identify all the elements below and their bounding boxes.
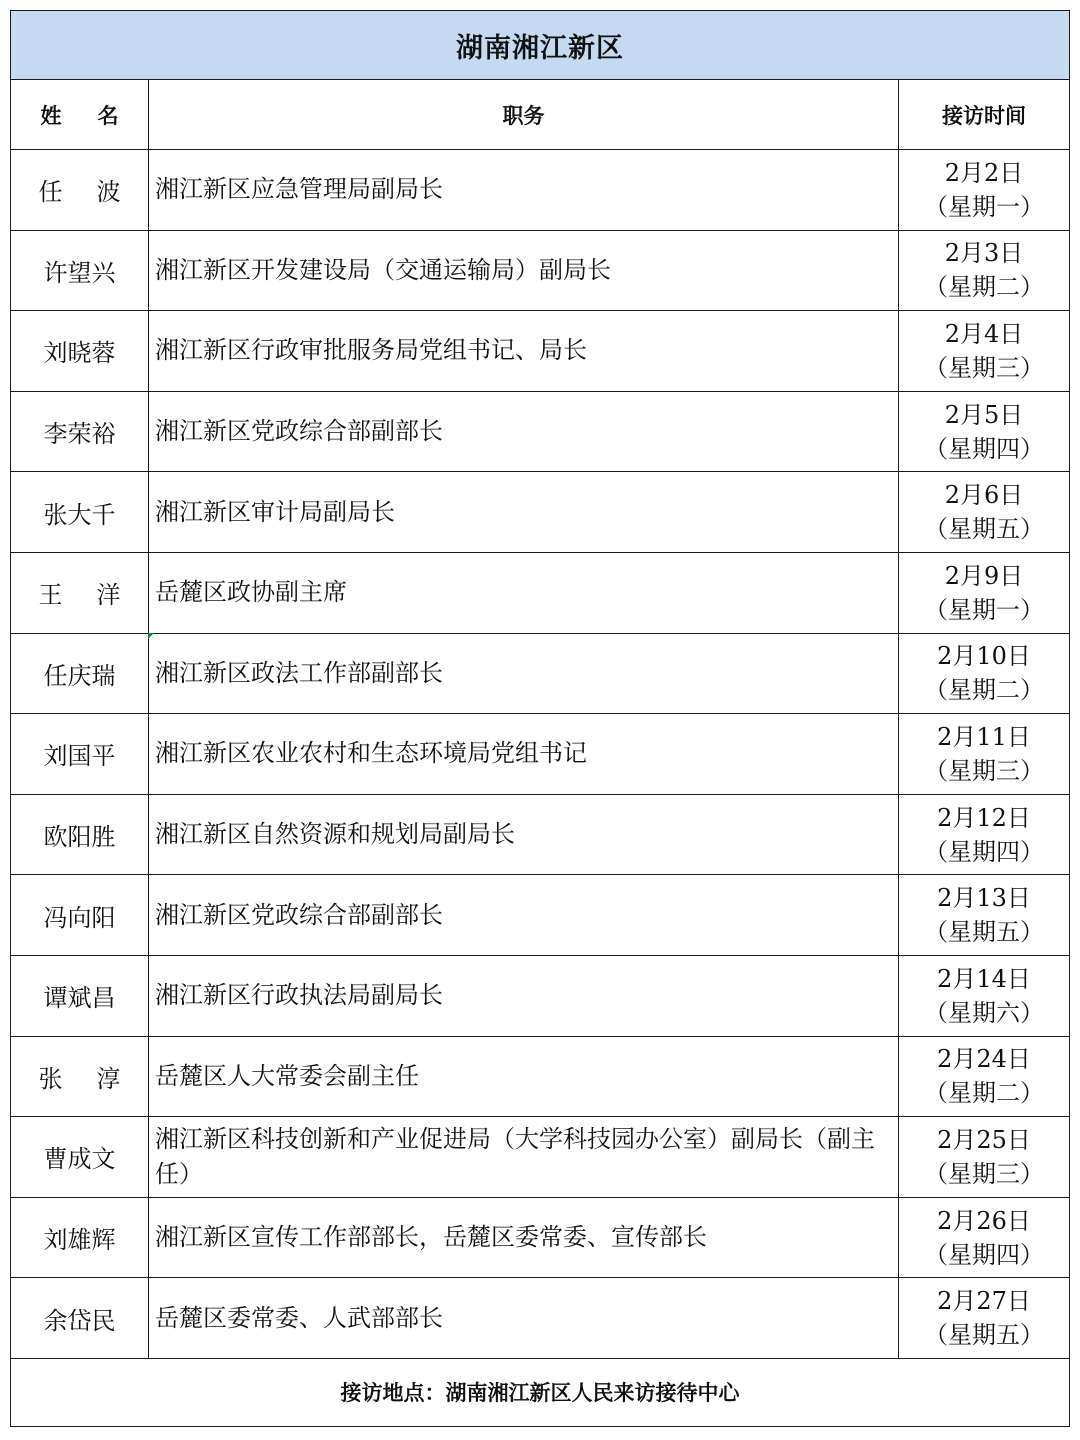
name-char: 任 bbox=[39, 172, 63, 207]
weekday-text: （星期三） bbox=[899, 1157, 1069, 1191]
weekday-text: （星期一） bbox=[899, 190, 1069, 224]
date-cell[interactable]: 2月11日（星期三） bbox=[899, 714, 1070, 795]
date-cell[interactable]: 2月4日（星期三） bbox=[899, 311, 1070, 392]
duty-cell[interactable]: 湘江新区党政综合部副部长 bbox=[149, 391, 899, 472]
date-cell[interactable]: 2月24日（星期二） bbox=[899, 1036, 1070, 1117]
duty-cell[interactable]: 岳麓区委常委、人武部部长 bbox=[149, 1278, 899, 1359]
duty-cell[interactable]: 岳麓区政协副主席 bbox=[149, 552, 899, 633]
name-cell[interactable]: 任庆瑞 bbox=[11, 633, 149, 714]
table-row: 刘雄辉 湘江新区宣传工作部部长，岳麓区委常委、宣传部长 2月26日（星期四） bbox=[11, 1197, 1070, 1278]
date-cell[interactable]: 2月9日（星期一） bbox=[899, 552, 1070, 633]
duty-cell[interactable]: 湘江新区科技创新和产业促进局（大学科技园办公室）副局长（副主任） bbox=[149, 1117, 899, 1198]
weekday-text: （星期四） bbox=[899, 432, 1069, 466]
date-text: 2月12日 bbox=[899, 801, 1069, 835]
table-row: 谭斌昌 湘江新区行政执法局副局长 2月14日（星期六） bbox=[11, 955, 1070, 1036]
table-row: 任庆瑞 湘江新区政法工作部副部长 2月10日（星期二） bbox=[11, 633, 1070, 714]
table-title[interactable]: 湖南湘江新区 bbox=[11, 11, 1070, 80]
table-row: 刘国平 湘江新区农业农村和生态环境局党组书记 2月11日（星期三） bbox=[11, 714, 1070, 795]
date-text: 2月10日 bbox=[899, 639, 1069, 673]
name-char: 张 bbox=[39, 1059, 63, 1094]
name-char: 波 bbox=[97, 172, 121, 207]
date-text: 2月13日 bbox=[899, 881, 1069, 915]
weekday-text: （星期三） bbox=[899, 351, 1069, 385]
name-cell[interactable]: 王洋 bbox=[11, 552, 149, 633]
table-row: 刘晓蓉 湘江新区行政审批服务局党组书记、局长 2月4日（星期三） bbox=[11, 311, 1070, 392]
table-row: 冯向阳 湘江新区党政综合部副部长 2月13日（星期五） bbox=[11, 875, 1070, 956]
date-text: 2月5日 bbox=[899, 398, 1069, 432]
table-row: 欧阳胜 湘江新区自然资源和规划局副局长 2月12日（星期四） bbox=[11, 794, 1070, 875]
name-cell[interactable]: 欧阳胜 bbox=[11, 794, 149, 875]
date-text: 2月24日 bbox=[899, 1042, 1069, 1076]
date-cell[interactable]: 2月3日（星期二） bbox=[899, 230, 1070, 311]
duty-text: 湘江新区政法工作部副部长 bbox=[155, 659, 443, 687]
weekday-text: （星期五） bbox=[899, 915, 1069, 949]
table-row: 许望兴 湘江新区开发建设局（交通运输局）副局长 2月3日（星期二） bbox=[11, 230, 1070, 311]
duty-cell[interactable]: 湘江新区应急管理局副局长 bbox=[149, 150, 899, 231]
date-text: 2月2日 bbox=[899, 156, 1069, 190]
column-header-name[interactable]: 姓名 bbox=[11, 80, 149, 150]
date-text: 2月25日 bbox=[899, 1123, 1069, 1157]
date-cell[interactable]: 2月2日（星期一） bbox=[899, 150, 1070, 231]
weekday-text: （星期五） bbox=[899, 512, 1069, 546]
date-cell[interactable]: 2月25日（星期三） bbox=[899, 1117, 1070, 1198]
weekday-text: （星期六） bbox=[899, 996, 1069, 1030]
name-char: 王 bbox=[39, 575, 63, 610]
date-text: 2月6日 bbox=[899, 478, 1069, 512]
table-row: 李荣裕 湘江新区党政综合部副部长 2月5日（星期四） bbox=[11, 391, 1070, 472]
visit-schedule-table: 湖南湘江新区 姓名 职务 接访时间 任波 湘江新区应急管理局副局长 2月2日（星… bbox=[10, 10, 1070, 1427]
name-char: 洋 bbox=[97, 575, 121, 610]
date-text: 2月27日 bbox=[899, 1284, 1069, 1318]
name-cell[interactable]: 余岱民 bbox=[11, 1278, 149, 1359]
date-text: 2月26日 bbox=[899, 1204, 1069, 1238]
date-cell[interactable]: 2月12日（星期四） bbox=[899, 794, 1070, 875]
name-cell[interactable]: 刘雄辉 bbox=[11, 1197, 149, 1278]
duty-cell[interactable]: 湘江新区自然资源和规划局副局长 bbox=[149, 794, 899, 875]
date-text: 2月14日 bbox=[899, 962, 1069, 996]
weekday-text: （星期四） bbox=[899, 1238, 1069, 1272]
footer-row: 接访地点：湖南湘江新区人民来访接待中心 bbox=[11, 1358, 1070, 1426]
date-cell[interactable]: 2月14日（星期六） bbox=[899, 955, 1070, 1036]
name-cell[interactable]: 任波 bbox=[11, 150, 149, 231]
header-row: 姓名 职务 接访时间 bbox=[11, 80, 1070, 150]
weekday-text: （星期二） bbox=[899, 1076, 1069, 1110]
weekday-text: （星期四） bbox=[899, 835, 1069, 869]
duty-cell[interactable]: 湘江新区党政综合部副部长 bbox=[149, 875, 899, 956]
date-cell[interactable]: 2月10日（星期二） bbox=[899, 633, 1070, 714]
table-row: 张淳 岳麓区人大常委会副主任 2月24日（星期二） bbox=[11, 1036, 1070, 1117]
date-text: 2月9日 bbox=[899, 559, 1069, 593]
date-text: 2月3日 bbox=[899, 236, 1069, 270]
name-char: 淳 bbox=[97, 1059, 121, 1094]
visit-location[interactable]: 接访地点：湖南湘江新区人民来访接待中心 bbox=[11, 1358, 1070, 1426]
weekday-text: （星期二） bbox=[899, 673, 1069, 707]
title-row: 湖南湘江新区 bbox=[11, 11, 1070, 80]
duty-cell[interactable]: 湘江新区政法工作部副部长 bbox=[149, 633, 899, 714]
weekday-text: （星期五） bbox=[899, 1318, 1069, 1352]
name-cell[interactable]: 张大千 bbox=[11, 472, 149, 553]
name-cell[interactable]: 许望兴 bbox=[11, 230, 149, 311]
weekday-text: （星期三） bbox=[899, 754, 1069, 788]
table-row: 余岱民 岳麓区委常委、人武部部长 2月27日（星期五） bbox=[11, 1278, 1070, 1359]
duty-cell[interactable]: 湘江新区农业农村和生态环境局党组书记 bbox=[149, 714, 899, 795]
duty-cell[interactable]: 湘江新区行政执法局副局长 bbox=[149, 955, 899, 1036]
duty-cell[interactable]: 湘江新区开发建设局（交通运输局）副局长 bbox=[149, 230, 899, 311]
name-cell[interactable]: 冯向阳 bbox=[11, 875, 149, 956]
date-cell[interactable]: 2月26日（星期四） bbox=[899, 1197, 1070, 1278]
table-row: 张大千 湘江新区审计局副局长 2月6日（星期五） bbox=[11, 472, 1070, 553]
column-header-name-part1: 姓 bbox=[41, 103, 62, 128]
date-cell[interactable]: 2月27日（星期五） bbox=[899, 1278, 1070, 1359]
name-cell[interactable]: 谭斌昌 bbox=[11, 955, 149, 1036]
weekday-text: （星期二） bbox=[899, 270, 1069, 304]
name-cell[interactable]: 刘晓蓉 bbox=[11, 311, 149, 392]
cell-comment-indicator-icon bbox=[148, 633, 154, 639]
name-cell[interactable]: 张淳 bbox=[11, 1036, 149, 1117]
column-header-duty[interactable]: 职务 bbox=[149, 80, 899, 150]
date-cell[interactable]: 2月6日（星期五） bbox=[899, 472, 1070, 553]
duty-cell[interactable]: 岳麓区人大常委会副主任 bbox=[149, 1036, 899, 1117]
column-header-time[interactable]: 接访时间 bbox=[899, 80, 1070, 150]
date-cell[interactable]: 2月5日（星期四） bbox=[899, 391, 1070, 472]
date-cell[interactable]: 2月13日（星期五） bbox=[899, 875, 1070, 956]
date-text: 2月4日 bbox=[899, 317, 1069, 351]
table-row: 任波 湘江新区应急管理局副局长 2月2日（星期一） bbox=[11, 150, 1070, 231]
duty-cell[interactable]: 湘江新区审计局副局长 bbox=[149, 472, 899, 553]
table-row: 王洋 岳麓区政协副主席 2月9日（星期一） bbox=[11, 552, 1070, 633]
name-cell[interactable]: 刘国平 bbox=[11, 714, 149, 795]
table-row: 曹成文 湘江新区科技创新和产业促进局（大学科技园办公室）副局长（副主任） 2月2… bbox=[11, 1117, 1070, 1198]
name-cell[interactable]: 李荣裕 bbox=[11, 391, 149, 472]
name-cell[interactable]: 曹成文 bbox=[11, 1117, 149, 1198]
weekday-text: （星期一） bbox=[899, 593, 1069, 627]
date-text: 2月11日 bbox=[899, 720, 1069, 754]
duty-cell[interactable]: 湘江新区行政审批服务局党组书记、局长 bbox=[149, 311, 899, 392]
duty-cell[interactable]: 湘江新区宣传工作部部长，岳麓区委常委、宣传部长 bbox=[149, 1197, 899, 1278]
column-header-name-part2: 名 bbox=[98, 103, 119, 128]
